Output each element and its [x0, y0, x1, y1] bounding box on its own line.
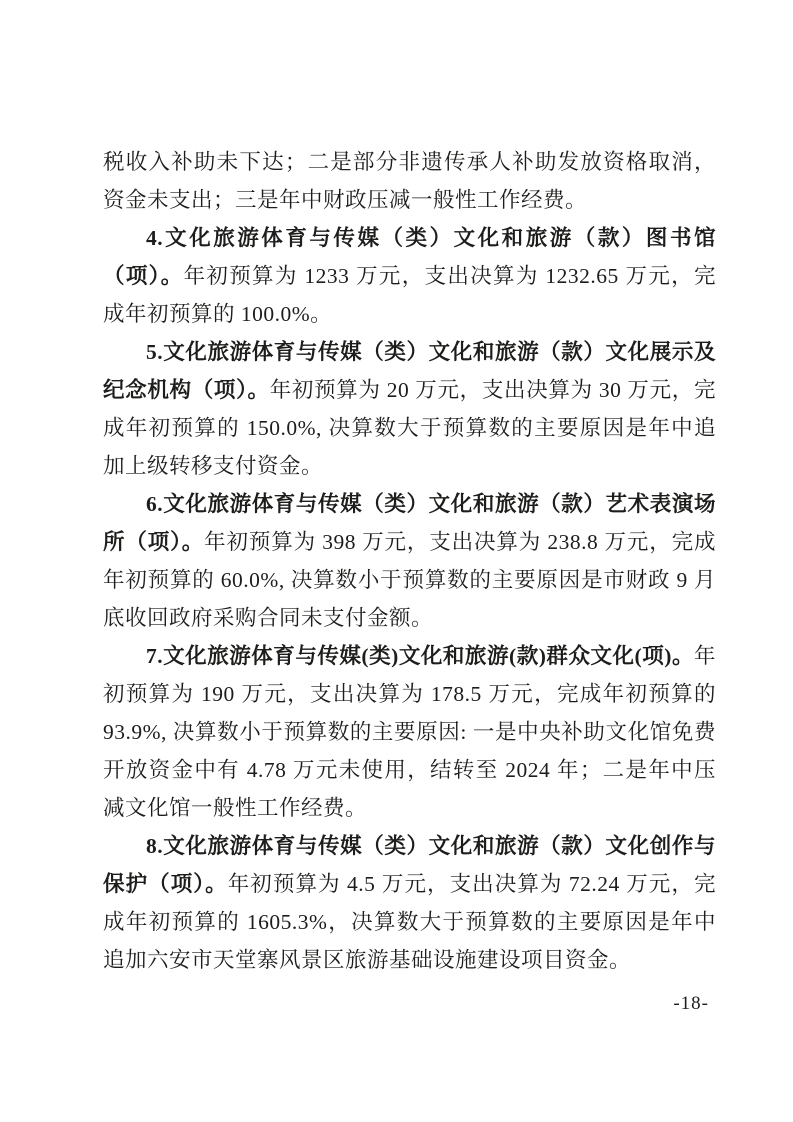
document-page: 税收入补助未下达；二是部分非遗传承人补助发放资格取消，资金未支出；三是年中财政压… — [0, 0, 793, 1122]
document-text-block: 税收入补助未下达；二是部分非遗传承人补助发放资格取消，资金未支出；三是年中财政压… — [103, 143, 716, 979]
budget-item-7-title: 7.文化旅游体育与传媒(类)文化和旅游(款)群众文化(项)。 — [146, 644, 694, 668]
budget-item-7-body: 年初预算为 190 万元，支出决算为 178.5 万元，完成年初预算的 93.9… — [103, 644, 716, 820]
budget-item-4-body: 年初预算为 1233 万元，支出决算为 1232.65 万元，完成年初预算的 1… — [103, 264, 716, 326]
paragraph-continuation: 税收入补助未下达；二是部分非遗传承人补助发放资格取消，资金未支出；三是年中财政压… — [103, 143, 716, 219]
paragraph-continuation-text: 税收入补助未下达；二是部分非遗传承人补助发放资格取消，资金未支出；三是年中财政压… — [103, 150, 716, 212]
budget-item-6-paragraph: 6.文化旅游体育与传媒（类）文化和旅游（款）艺术表演场所（项）。年初预算为 39… — [103, 485, 716, 637]
budget-item-7-paragraph: 7.文化旅游体育与传媒(类)文化和旅游(款)群众文化(项)。年初预算为 190 … — [103, 637, 716, 827]
budget-item-8-paragraph: 8.文化旅游体育与传媒（类）文化和旅游（款）文化创作与保护（项）。年初预算为 4… — [103, 827, 716, 979]
page-number: -18- — [673, 993, 709, 1015]
budget-item-4-paragraph: 4.文化旅游体育与传媒（类）文化和旅游（款）图书馆（项）。年初预算为 1233 … — [103, 219, 716, 333]
budget-item-5-paragraph: 5.文化旅游体育与传媒（类）文化和旅游（款）文化展示及纪念机构（项）。年初预算为… — [103, 333, 716, 485]
